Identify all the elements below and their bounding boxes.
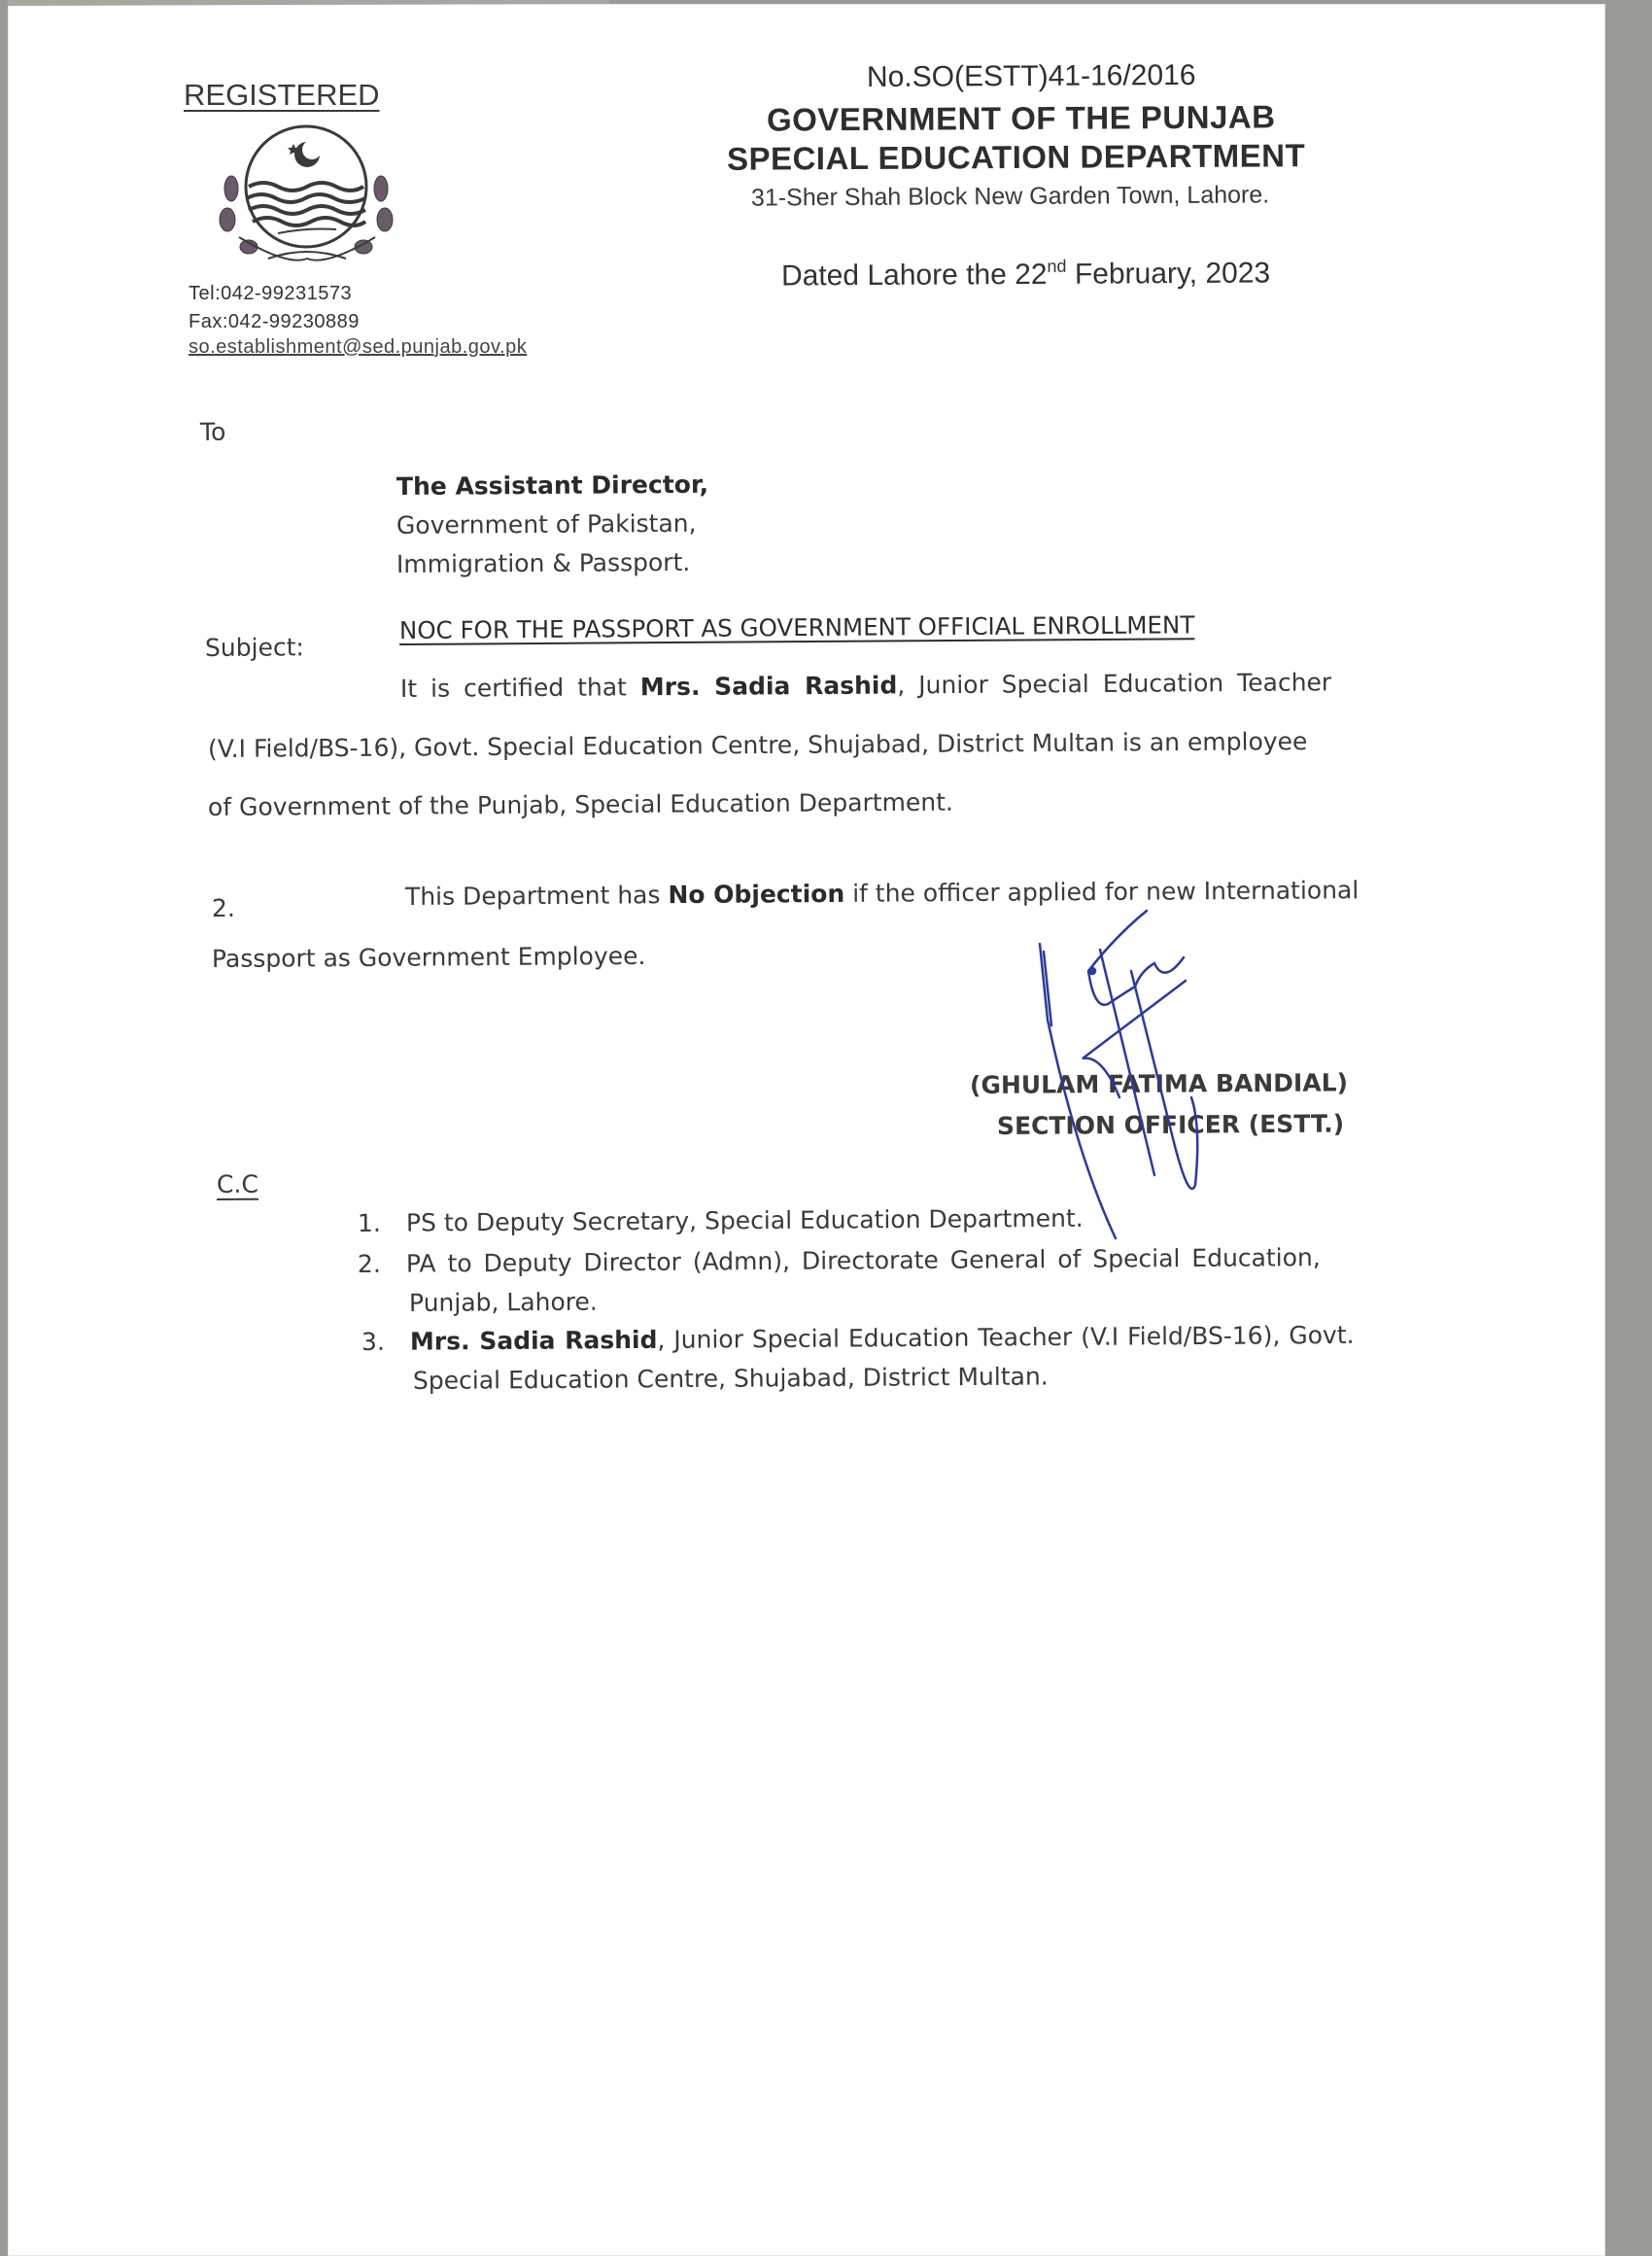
cc-item-3-continued: Special Education Centre, Shujabad, Dist… bbox=[413, 1362, 1049, 1395]
date-line: Dated Lahore the 22nd February, 2023 bbox=[781, 255, 1270, 293]
subject-text: NOC FOR THE PASSPORT AS GOVERNMENT OFFIC… bbox=[399, 610, 1194, 644]
cc-label: C.C bbox=[217, 1170, 258, 1198]
paragraph-2-line-2: Passport as Government Employee. bbox=[212, 942, 646, 973]
department-name: SPECIAL EDUCATION DEPARTMENT bbox=[727, 137, 1305, 178]
paragraph-2-line-1: This Department has No Objection if the … bbox=[405, 876, 1359, 911]
government-name: GOVERNMENT OF THE PUNJAB bbox=[767, 98, 1276, 138]
punjab-government-emblem-icon bbox=[210, 122, 402, 268]
telephone: Tel:042-99231573 bbox=[189, 283, 352, 305]
fax: Fax:042-99230889 bbox=[189, 311, 360, 333]
cc-item-2-continued: Punjab, Lahore. bbox=[409, 1288, 598, 1317]
cc-item-2: 2.PA to Deputy Director (Admn), Director… bbox=[358, 1243, 1321, 1278]
cc-item-3: 3.Mrs. Sadia Rashid, Junior Special Educ… bbox=[361, 1321, 1355, 1356]
paragraph-2-number: 2. bbox=[212, 894, 235, 922]
letter-page: REGISTERED Tel:042-99231573 Fax:042-9923… bbox=[8, 4, 1605, 2256]
recipient-line-2: Government of Pakistan, bbox=[396, 509, 697, 539]
paragraph-1-line-2: (V.I Field/BS-16), Govt. Special Educati… bbox=[208, 727, 1308, 763]
signatory-name: (GHULAM FATIMA BANDIAL) bbox=[970, 1068, 1348, 1099]
paragraph-1-line-3: of Government of the Punjab, Special Edu… bbox=[208, 788, 953, 821]
signatory-designation: SECTION OFFICER (ESTT.) bbox=[997, 1110, 1344, 1140]
registered-label: REGISTERED bbox=[184, 78, 380, 113]
paragraph-1-line-1: It is certified that Mrs. Sadia Rashid, … bbox=[400, 668, 1331, 703]
department-address: 31-Sher Shah Block New Garden Town, Laho… bbox=[751, 181, 1269, 212]
recipient-line-3: Immigration & Passport. bbox=[396, 548, 690, 578]
cc-item-1: 1.PS to Deputy Secretary, Special Educat… bbox=[358, 1204, 1084, 1237]
email-link[interactable]: so.establishment@sed.punjab.gov.pk bbox=[189, 336, 527, 359]
subject-label: Subject: bbox=[205, 633, 304, 662]
to-label: To bbox=[200, 418, 226, 446]
recipient-title: The Assistant Director, bbox=[396, 470, 708, 501]
reference-number: No.SO(ESTT)41-16/2016 bbox=[867, 59, 1196, 94]
